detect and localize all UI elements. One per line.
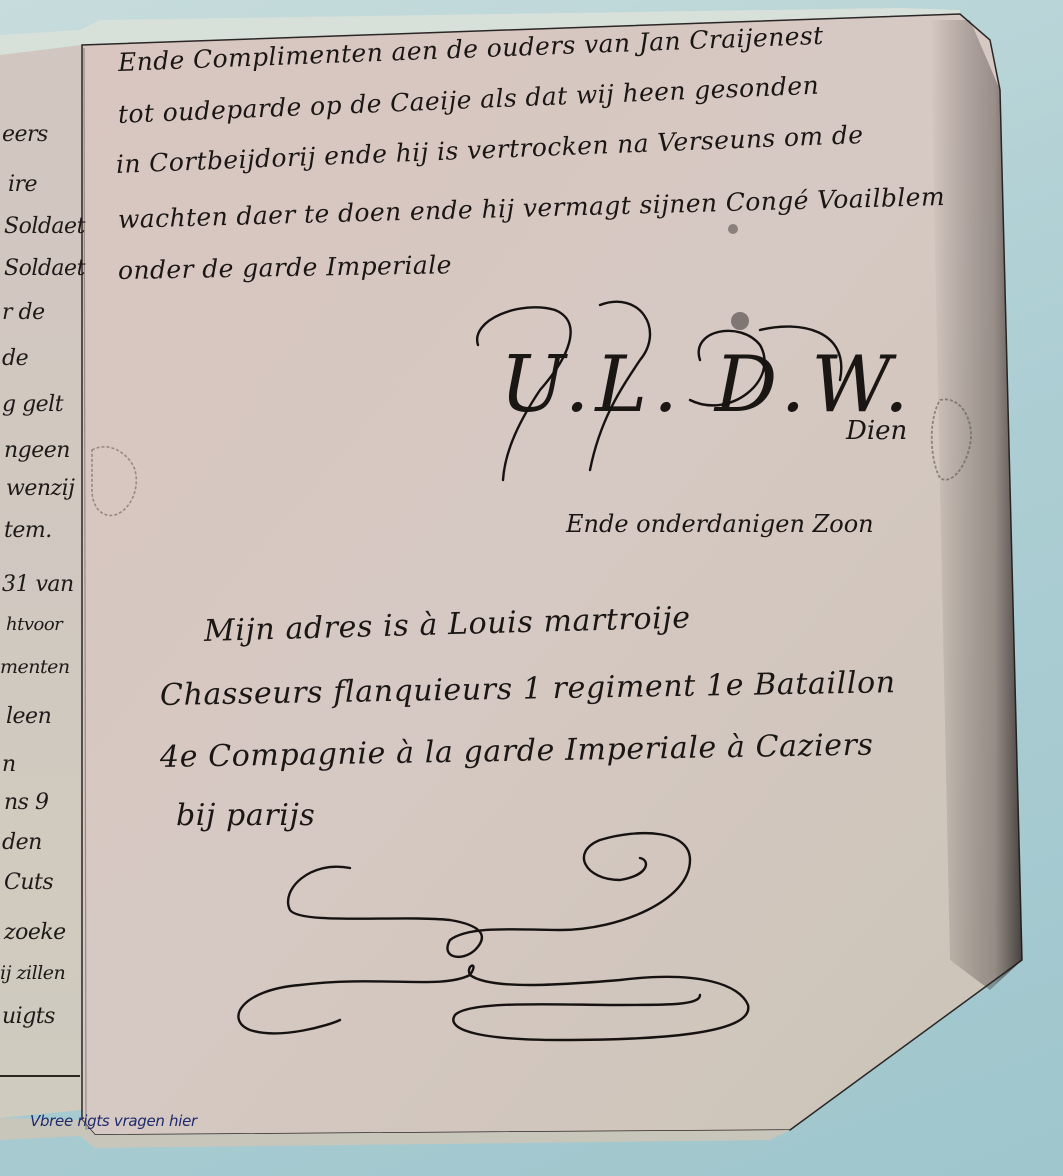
letter-page: Ende Complimenten aen de ouders van Jan … — [0, 0, 1063, 1176]
address-line: Chasseurs flanquieurs 1 regiment 1e Bata… — [160, 665, 896, 713]
address-line: 4e Compagnie à la garde Imperiale à Cazi… — [160, 728, 874, 775]
address-line: Mijn adres is à Louis martroije — [204, 600, 692, 649]
letter-body-line: in Cortbeijdorij ende hij is vertrocken … — [115, 120, 864, 179]
photo-scene: eers ire Soldaet Soldaet r de de g gelt … — [0, 0, 1063, 1176]
pencil-annotation: Vbree rigts vragen hier — [30, 1112, 197, 1130]
letter-body-line: wachten daer te doen ende hij vermagt si… — [118, 182, 946, 234]
letter-body-line: onder de garde Imperiale — [118, 250, 452, 285]
address-line: bij parijs — [176, 798, 315, 833]
closing-line: Ende onderdanigen Zoon — [566, 510, 874, 538]
letter-body-line: Ende Complimenten aen de ouders van Jan … — [117, 21, 824, 77]
signature-word: Dien — [846, 416, 907, 446]
letter-body-line: tot oudeparde op de Caeije als dat wij h… — [117, 71, 819, 129]
